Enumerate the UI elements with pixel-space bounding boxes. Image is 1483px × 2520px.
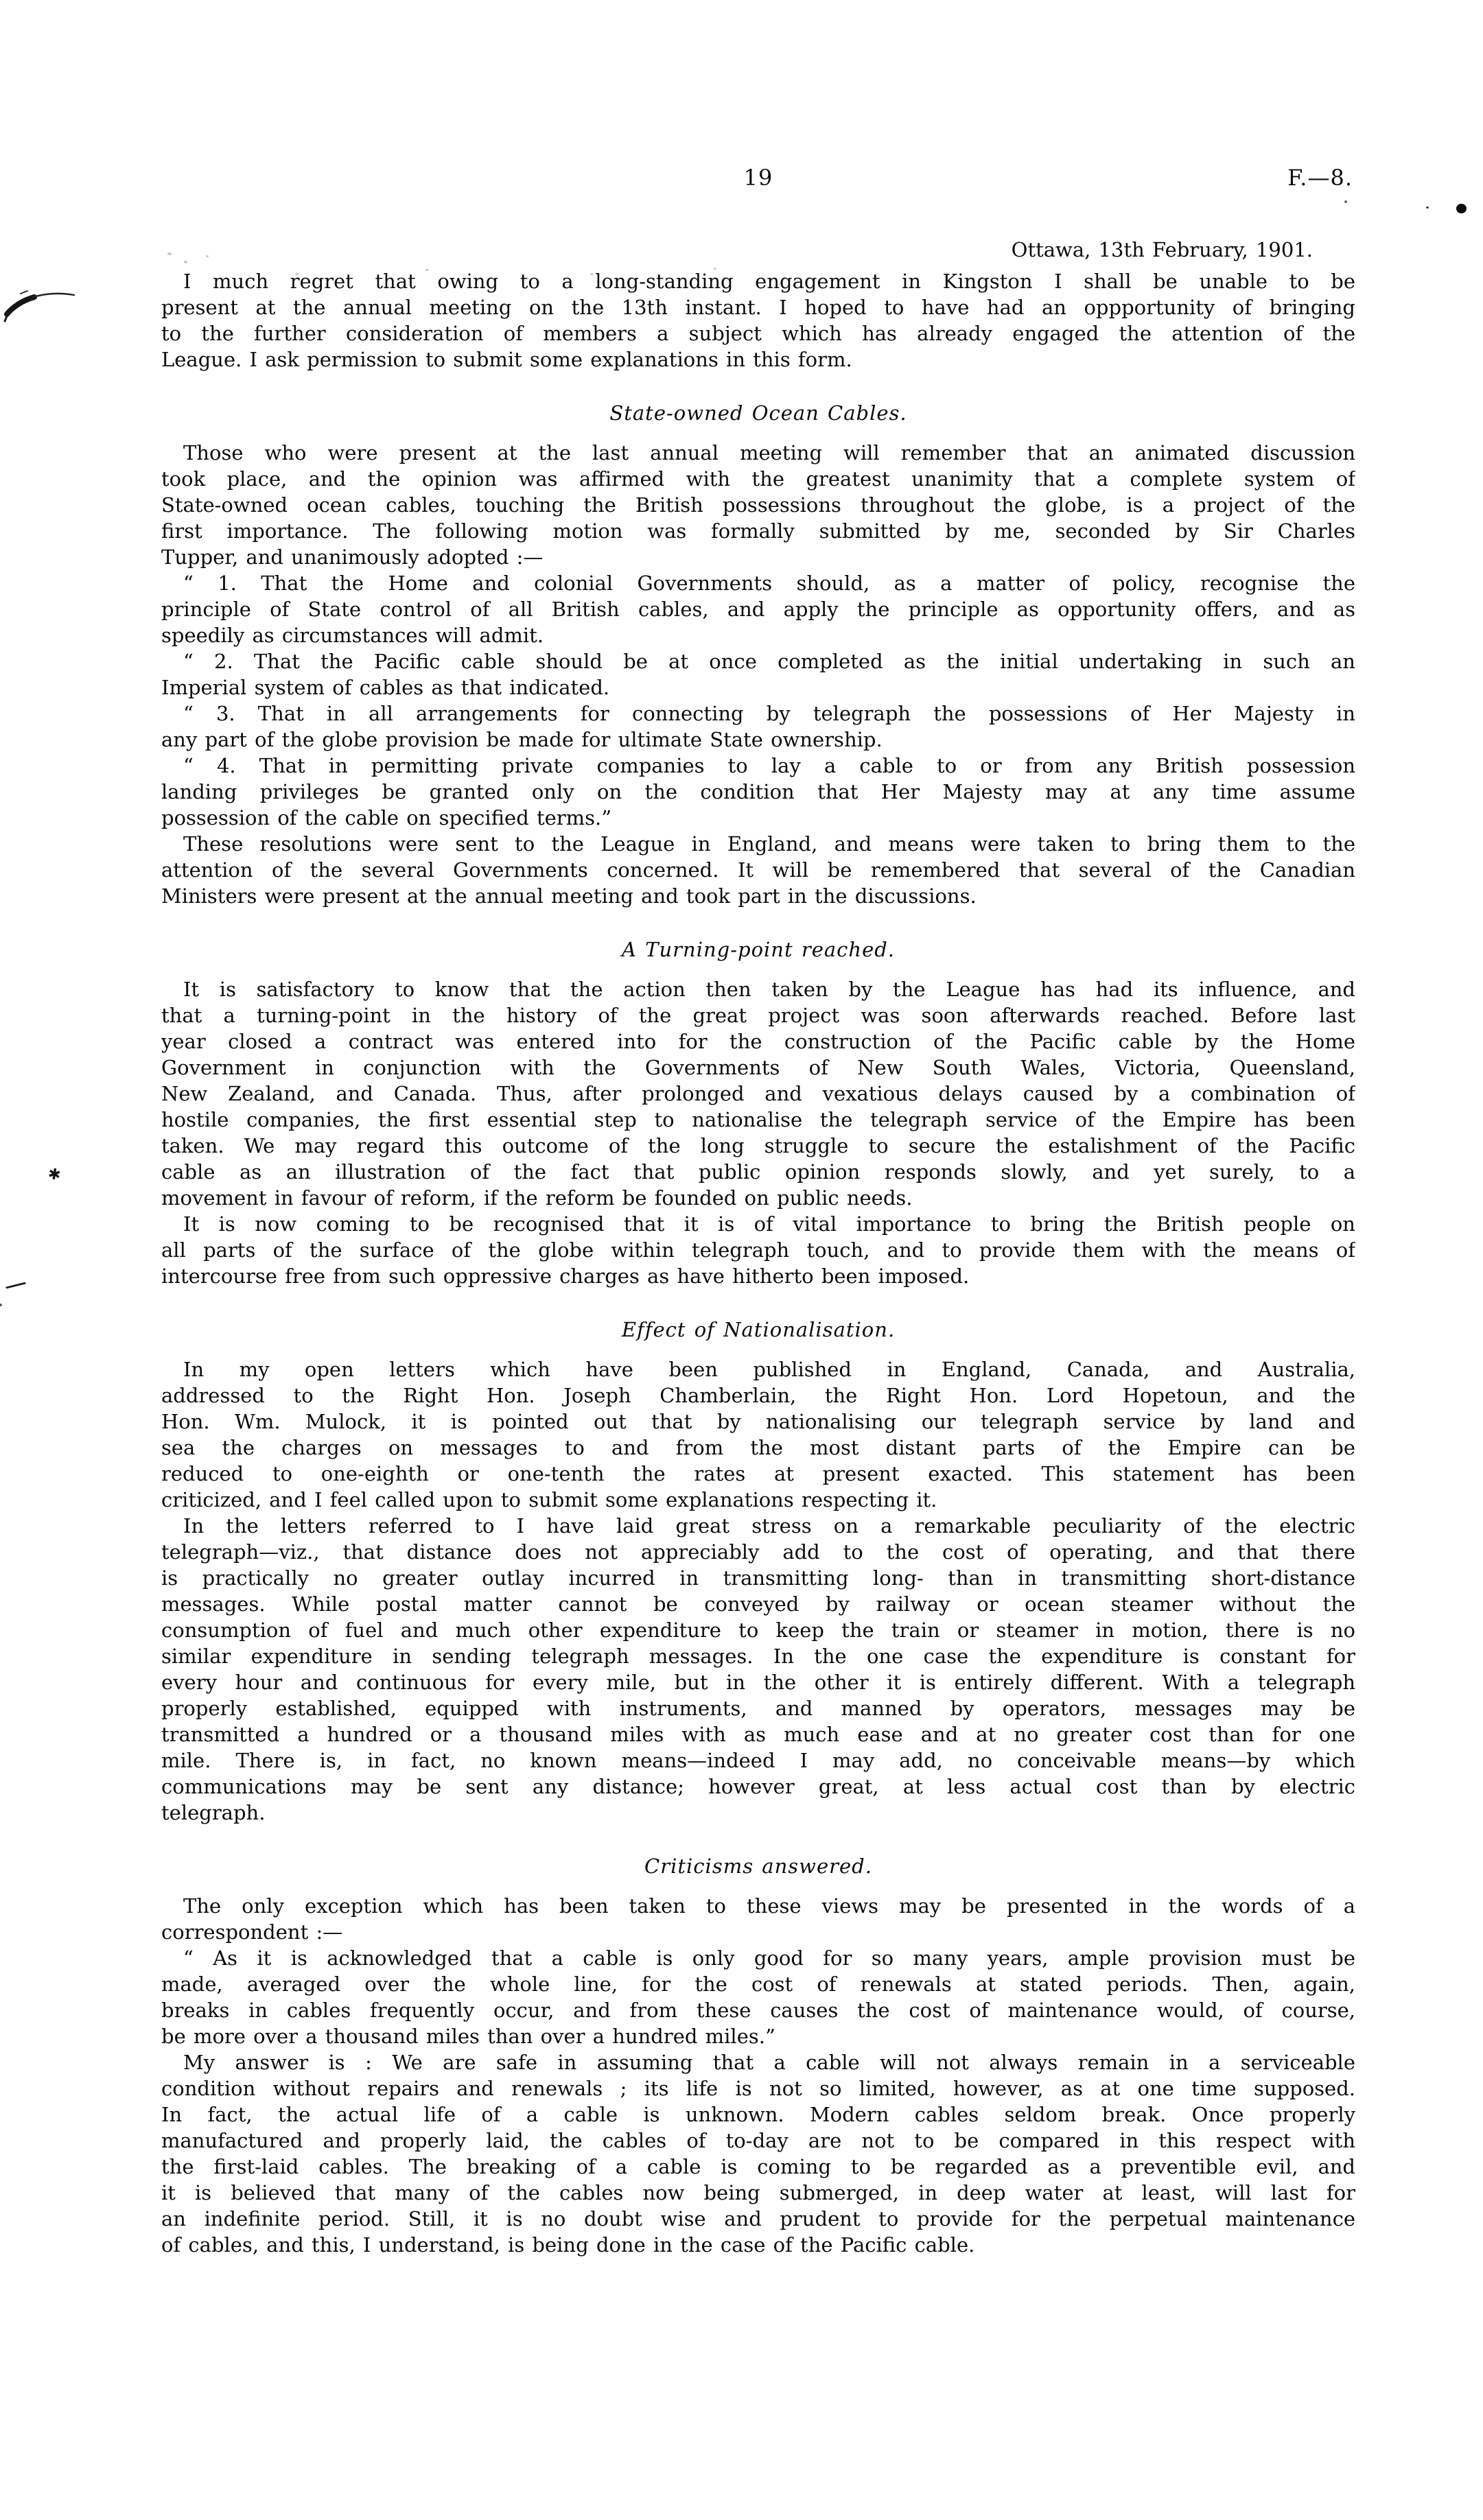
text-line: These resolutions were sent to the Leagu…: [161, 831, 1355, 857]
text-line: that a turning-point in the history of t…: [161, 1002, 1355, 1028]
text-line: breaks in cables frequently occur, and f…: [161, 1997, 1355, 2023]
edge-speck: [0, 1304, 2, 1306]
text-line: messages. While postal matter cannot be …: [161, 1591, 1355, 1617]
text-line: made, averaged over the whole line, for …: [161, 1971, 1355, 1997]
text-line: taken. We may regard this outcome of the…: [161, 1133, 1355, 1159]
smudge-dot: [590, 273, 594, 275]
text-line: Imperial system of cables as that indica…: [161, 674, 1355, 700]
section-heading: State-owned Ocean Cables.: [161, 400, 1355, 426]
paragraph: These resolutions were sent to the Leagu…: [161, 831, 1355, 909]
paragraph: The only exception which has been taken …: [161, 1893, 1355, 1945]
text-line: every hour and continuous for every mile…: [161, 1669, 1355, 1695]
text-line: properly established, equipped with inst…: [161, 1695, 1355, 1721]
scanned-document-page: 19 F.—8. Ottawa, 13th February, 1901. I …: [0, 0, 1483, 2520]
text-line: took place, and the opinion was affirmed…: [161, 466, 1355, 492]
section-heading: Criticisms answered.: [161, 1853, 1355, 1879]
text-line: an indefinite period. Still, it is no do…: [161, 2206, 1355, 2232]
smudge-dot: [206, 255, 209, 257]
text-line: cable as an illustration of the fact tha…: [161, 1159, 1355, 1185]
text-line: present at the annual meeting on the 13t…: [161, 294, 1355, 320]
paragraph: In my open letters which have been publi…: [161, 1356, 1355, 1513]
text-line: all parts of the surface of the globe wi…: [161, 1237, 1355, 1263]
doc-reference: F.—8.: [1287, 165, 1353, 191]
text-line: My answer is : We are safe in assuming t…: [161, 2049, 1355, 2075]
text-line: “ As it is acknowledged that a cable is …: [161, 1945, 1355, 1971]
ink-blot: [1456, 204, 1467, 213]
page-number: 19: [161, 165, 1355, 191]
text-line: mile. There is, in fact, no known means—…: [161, 1747, 1355, 1774]
ink-speck: [1426, 207, 1429, 209]
text-line: Ministers were present at the annual mee…: [161, 883, 1355, 909]
text-line: League. I ask permission to submit some …: [161, 346, 1355, 373]
margin-asterisk: ✱: [47, 1166, 62, 1184]
text-line: transmitted a hundred or a thousand mile…: [161, 1721, 1355, 1747]
text-line: sea the charges on messages to and from …: [161, 1435, 1355, 1461]
paragraph: I much regret that owing to a long-stand…: [161, 268, 1355, 373]
smudge-dot: [295, 273, 299, 275]
text-line: possession of the cable on specified ter…: [161, 805, 1355, 831]
text-line: any part of the globe provision be made …: [161, 727, 1355, 753]
text-line: In fact, the actual life of a cable is u…: [161, 2101, 1355, 2128]
text-line: State-owned ocean cables, touching the B…: [161, 492, 1355, 518]
document-body: Ottawa, 13th February, 1901. I much regr…: [161, 237, 1355, 2258]
text-line: I much regret that owing to a long-stand…: [161, 268, 1355, 294]
text-line: hostile companies, the first essential s…: [161, 1107, 1355, 1133]
text-line: correspondent :—: [161, 1919, 1355, 1945]
text-line: of cables, and this, I understand, is be…: [161, 2232, 1355, 2258]
text-line: movement in favour of reform, if the ref…: [161, 1185, 1355, 1211]
paragraph: My answer is : We are safe in assuming t…: [161, 2049, 1355, 2258]
text-line: it is believed that many of the cables n…: [161, 2180, 1355, 2206]
text-line: manufactured and properly laid, the cabl…: [161, 2128, 1355, 2154]
text-line: “ 1. That the Home and colonial Governme…: [161, 570, 1355, 596]
text-line: year closed a contract was entered into …: [161, 1028, 1355, 1055]
smudge-dot: [184, 261, 187, 263]
smudge-dot: [425, 269, 429, 271]
text-line: “ 3. That in all arrangements for connec…: [161, 700, 1355, 727]
text-line: addressed to the Right Hon. Joseph Chamb…: [161, 1382, 1355, 1409]
text-line: similar expenditure in sending telegraph…: [161, 1643, 1355, 1669]
paragraph: “ 1. That the Home and colonial Governme…: [161, 570, 1355, 648]
text-line: telegraph.: [161, 1800, 1355, 1826]
text-line: consumption of fuel and much other expen…: [161, 1617, 1355, 1643]
text-line: telegraph—viz., that distance does not a…: [161, 1539, 1355, 1565]
paragraph: It is satisfactory to know that the acti…: [161, 976, 1355, 1211]
text-line: The only exception which has been taken …: [161, 1893, 1355, 1919]
text-line: “ 4. That in permitting private companie…: [161, 753, 1355, 779]
paragraph: Those who were present at the last annua…: [161, 440, 1355, 570]
dateline: Ottawa, 13th February, 1901.: [161, 237, 1355, 263]
text-line: communications may be sent any distance;…: [161, 1774, 1355, 1800]
text-line: It is now coming to be recognised that i…: [161, 1211, 1355, 1237]
text-line: Government in conjunction with the Gover…: [161, 1055, 1355, 1081]
text-line: first importance. The following motion w…: [161, 518, 1355, 544]
paragraph: “ 4. That in permitting private companie…: [161, 753, 1355, 831]
paragraph: “ 2. That the Pacific cable should be at…: [161, 648, 1355, 700]
text-line: is practically no greater outlay incurre…: [161, 1565, 1355, 1591]
text-line: It is satisfactory to know that the acti…: [161, 976, 1355, 1002]
text-line: New Zealand, and Canada. Thus, after pro…: [161, 1081, 1355, 1107]
paragraph: In the letters referred to I have laid g…: [161, 1513, 1355, 1826]
text-line: reduced to one-eighth or one-tenth the r…: [161, 1461, 1355, 1487]
text-line: criticized, and I feel called upon to su…: [161, 1487, 1355, 1513]
text-line: principle of State control of all Britis…: [161, 596, 1355, 622]
section-heading: Effect of Nationalisation.: [161, 1317, 1355, 1343]
text-line: Tupper, and unanimously adopted :—: [161, 544, 1355, 570]
section-heading: A Turning-point reached.: [161, 937, 1355, 963]
text-line: In the letters referred to I have laid g…: [161, 1513, 1355, 1539]
smudge-dot: [714, 268, 716, 270]
text-line: landing privileges be granted only on th…: [161, 779, 1355, 805]
text-line: Those who were present at the last annua…: [161, 440, 1355, 466]
text-line: condition without repairs and renewals ;…: [161, 2075, 1355, 2101]
ink-speck: [1344, 200, 1347, 203]
text-line: be more over a thousand miles than over …: [161, 2023, 1355, 2049]
smudge-dot: [167, 252, 172, 255]
text-line: to the further consideration of members …: [161, 320, 1355, 346]
paragraph: “ As it is acknowledged that a cable is …: [161, 1945, 1355, 2049]
paragraph: “ 3. That in all arrangements for connec…: [161, 700, 1355, 753]
paragraph: It is now coming to be recognised that i…: [161, 1211, 1355, 1289]
margin-dash: [5, 1282, 26, 1288]
pencil-scribble: [1, 283, 84, 324]
text-line: Hon. Wm. Mulock, it is pointed out that …: [161, 1409, 1355, 1435]
text-line: intercourse free from such oppressive ch…: [161, 1263, 1355, 1289]
text-line: speedily as circumstances will admit.: [161, 622, 1355, 648]
page-header: 19 F.—8.: [161, 165, 1355, 193]
text-line: In my open letters which have been publi…: [161, 1356, 1355, 1382]
text-line: the first-laid cables. The breaking of a…: [161, 2154, 1355, 2180]
text-line: attention of the several Governments con…: [161, 857, 1355, 883]
text-line: “ 2. That the Pacific cable should be at…: [161, 648, 1355, 674]
